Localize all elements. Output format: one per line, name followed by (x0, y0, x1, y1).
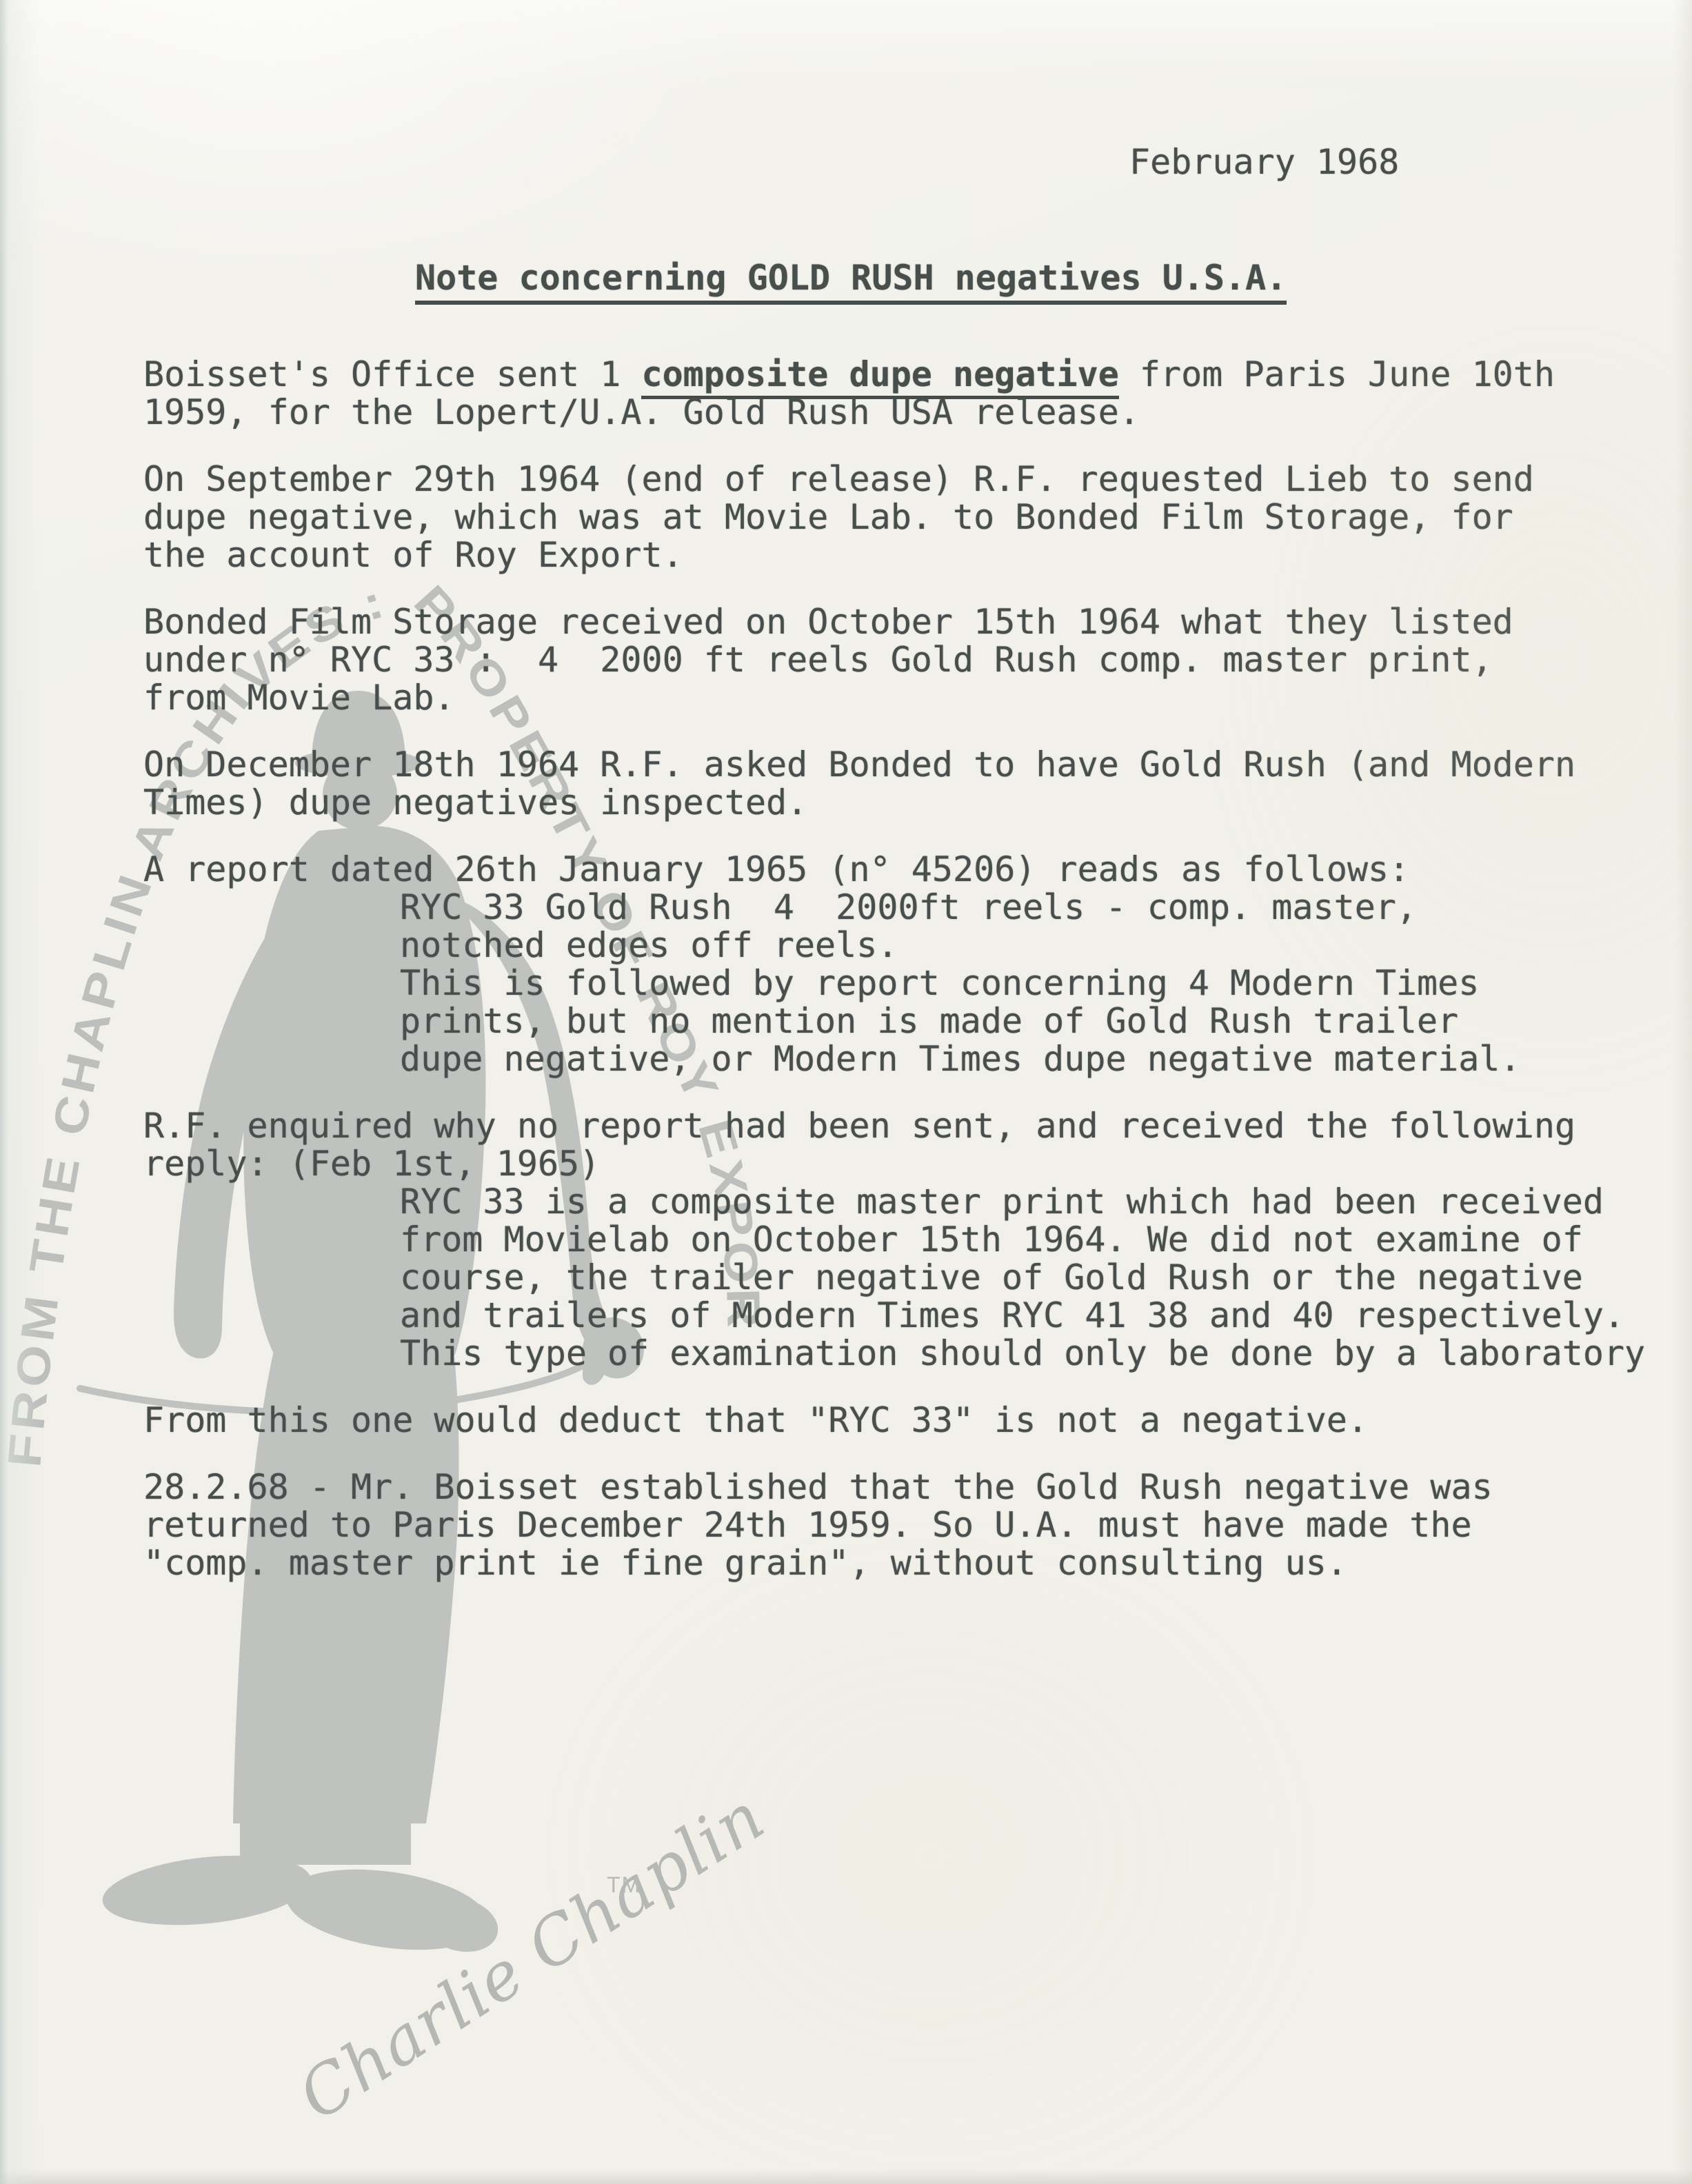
paragraph-september-1964: On September 29th 1964 (end of release) … (143, 461, 1692, 574)
indented-text-line: dupe negative, or Modern Times dupe nega… (400, 1040, 1692, 1078)
indented-text-line: and trailers of Modern Times RYC 41 38 a… (400, 1297, 1692, 1335)
indented-text-line: This is followed by report concerning 4 … (400, 964, 1692, 1002)
document-body: Boisset's Office sent 1 composite dupe n… (143, 356, 1692, 1611)
text-line: dupe negative, which was at Movie Lab. t… (143, 498, 1692, 536)
text-line: 28.2.68 - Mr. Boisset established that t… (143, 1468, 1692, 1506)
text-line: From this one would deduct that "RYC 33"… (143, 1402, 1692, 1439)
indented-text-line: RYC 33 Gold Rush 4 2000ft reels - comp. … (400, 889, 1692, 927)
text-line: Bonded Film Storage received on October … (143, 603, 1692, 641)
typed-content: February 1968 Note concerning GOLD RUSH … (0, 0, 1692, 2184)
indented-text-line: notched edges off reels. (400, 927, 1692, 964)
text-line: under n° RYC 33 : 4 2000 ft reels Gold R… (143, 641, 1692, 679)
text-segment: from Paris June 10th (1119, 354, 1555, 394)
text-line: from Movie Lab. (143, 679, 1692, 717)
text-line: On December 18th 1964 R.F. asked Bonded … (143, 746, 1692, 784)
indented-text-line: This type of examination should only be … (400, 1335, 1692, 1373)
text-segment: Boisset's Office sent 1 (143, 354, 641, 394)
document-date: February 1968 (1129, 143, 1399, 181)
paragraph-december-1964: On December 18th 1964 R.F. asked Bonded … (143, 746, 1692, 822)
indented-text-line: RYC 33 is a composite master print which… (400, 1183, 1692, 1221)
scanned-document-page: FROM THE CHAPLIN ARCHIVES : PROPERTY OF … (0, 0, 1692, 2184)
text-line: reply: (Feb 1st, 1965) (143, 1145, 1692, 1183)
text-line: A report dated 26th January 1965 (n° 452… (143, 851, 1692, 889)
text-line: 1959, for the Lopert/U.A. Gold Rush USA … (143, 394, 1692, 432)
paragraph-report-january-1965: A report dated 26th January 1965 (n° 452… (143, 851, 1692, 1078)
indented-text-line: prints, but no mention is made of Gold R… (400, 1002, 1692, 1040)
paragraph-rf-enquiry-reply: R.F. enquired why no report had been sen… (143, 1107, 1692, 1373)
paragraph-deduction: From this one would deduct that "RYC 33"… (143, 1402, 1692, 1439)
text-line: the account of Roy Export. (143, 536, 1692, 574)
paragraph-28-2-68: 28.2.68 - Mr. Boisset established that t… (143, 1468, 1692, 1582)
text-line: returned to Paris December 24th 1959. So… (143, 1506, 1692, 1544)
text-line: "comp. master print ie fine grain", with… (143, 1544, 1692, 1582)
document-title: Note concerning GOLD RUSH negatives U.S.… (415, 259, 1287, 305)
paragraph-bonded-film-storage: Bonded Film Storage received on October … (143, 603, 1692, 717)
indented-text-line: course, the trailer negative of Gold Rus… (400, 1259, 1692, 1297)
text-line: Boisset's Office sent 1 composite dupe n… (143, 356, 1692, 394)
text-line: On September 29th 1964 (end of release) … (143, 461, 1692, 498)
paragraph-boisset-office: Boisset's Office sent 1 composite dupe n… (143, 356, 1692, 432)
text-line: R.F. enquired why no report had been sen… (143, 1107, 1692, 1145)
indented-text-line: from Movielab on October 15th 1964. We d… (400, 1221, 1692, 1259)
text-line: Times) dupe negatives inspected. (143, 784, 1692, 822)
